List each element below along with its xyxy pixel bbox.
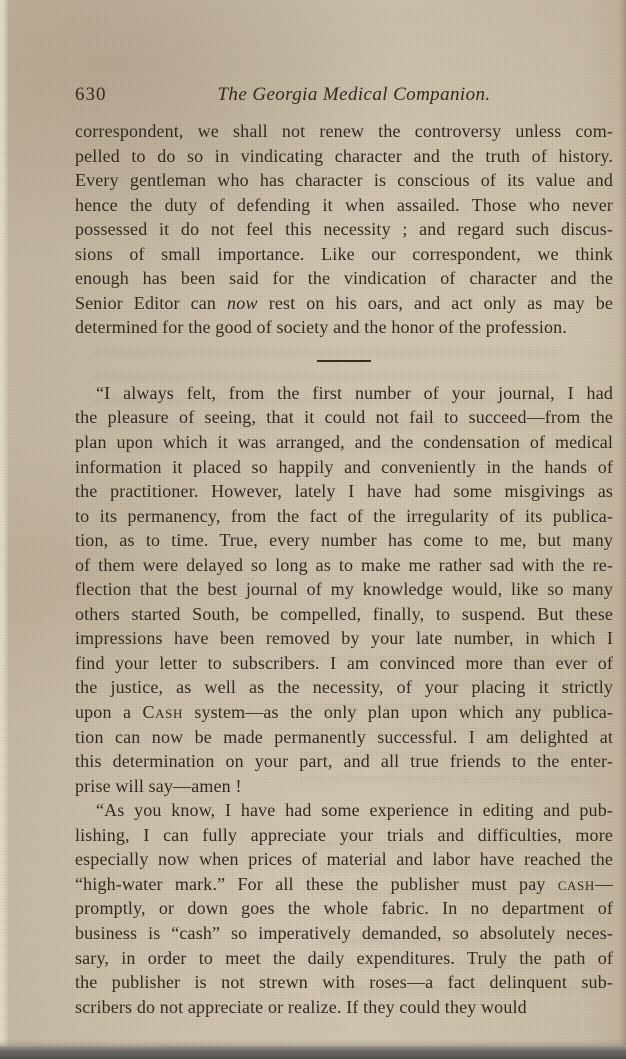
text-line: lishing, I can fully appreciate your tri… — [75, 823, 613, 848]
running-head: 630 The Georgia Medical Companion. — [75, 84, 613, 108]
text-line: Every gentleman who has character is con… — [75, 168, 613, 193]
text-line: the justice, as well as the necessity, o… — [75, 675, 613, 700]
text-line: upon a Cash system—as the only plan upon… — [75, 700, 613, 725]
text-line: business is “cash” so imperatively deman… — [75, 921, 613, 946]
text-line: “high-water mark.” For all these the pub… — [75, 872, 613, 897]
text-line: this determination on your part, and all… — [75, 749, 613, 774]
text-line: sions of small importance. Like our corr… — [75, 242, 613, 267]
text-line: tion, as to time. True, every number has… — [75, 528, 613, 553]
text-line: possessed it do not feel this necessity … — [75, 217, 613, 242]
text-line: of them were delayed so long as to make … — [75, 553, 613, 578]
text-line: “As you know, I have had some experience… — [75, 798, 613, 823]
text-line: correspondent, we shall not renew the co… — [75, 119, 613, 144]
text-line: others started South, be compelled, fina… — [75, 602, 613, 627]
text-line: information it placed so happily and con… — [75, 455, 613, 480]
text-line: promptly, or down goes the whole fabric.… — [75, 896, 613, 921]
page-right-edge — [619, 0, 626, 1059]
text-line: the publisher is not strewn with roses—a… — [75, 970, 613, 995]
text-line: pelled to do so in vindicating character… — [75, 144, 613, 169]
text-line: to its permanency, from the fact of the … — [75, 504, 613, 529]
text-line: the pleasure of seeing, that it could no… — [75, 405, 613, 430]
paragraph: correspondent, we shall not renew the co… — [75, 119, 613, 340]
text-line: hence the duty of defending it when assa… — [75, 193, 613, 218]
text-line: prise will say—amen ! — [75, 774, 613, 799]
text-line: scribers do not appreciate or realize. I… — [75, 995, 613, 1020]
page-left-edge — [0, 0, 9, 1059]
text-line: tion can now be made permanently success… — [75, 725, 613, 750]
section-divider — [317, 360, 371, 362]
scanned-book-page: 630 The Georgia Medical Companion. corre… — [0, 0, 626, 1059]
text-line: plan upon which it was arranged, and the… — [75, 430, 613, 455]
text-line: especially now when prices of material a… — [75, 847, 613, 872]
text-line: the practitioner. However, lately I have… — [75, 479, 613, 504]
text-line: Senior Editor can now rest on his oars, … — [75, 291, 613, 316]
text-line: enough has been said for the vindication… — [75, 266, 613, 291]
page-body: correspondent, we shall not renew the co… — [75, 119, 613, 1019]
scan-bottom-edge — [0, 1046, 626, 1059]
text-line: find your letter to subscribers. I am co… — [75, 651, 613, 676]
text-line: determined for the good of society and t… — [75, 315, 613, 340]
text-line: sary, in order to meet the daily expendi… — [75, 946, 613, 971]
text-line: flection that the best journal of my kno… — [75, 577, 613, 602]
journal-title: The Georgia Medical Companion. — [75, 84, 626, 106]
text-line: “I always felt, from the first number of… — [75, 381, 613, 406]
paragraph: “I always felt, from the first number of… — [75, 381, 613, 798]
text-line: impressions have been removed by your la… — [75, 626, 613, 651]
paragraph: “As you know, I have had some experience… — [75, 798, 613, 1019]
